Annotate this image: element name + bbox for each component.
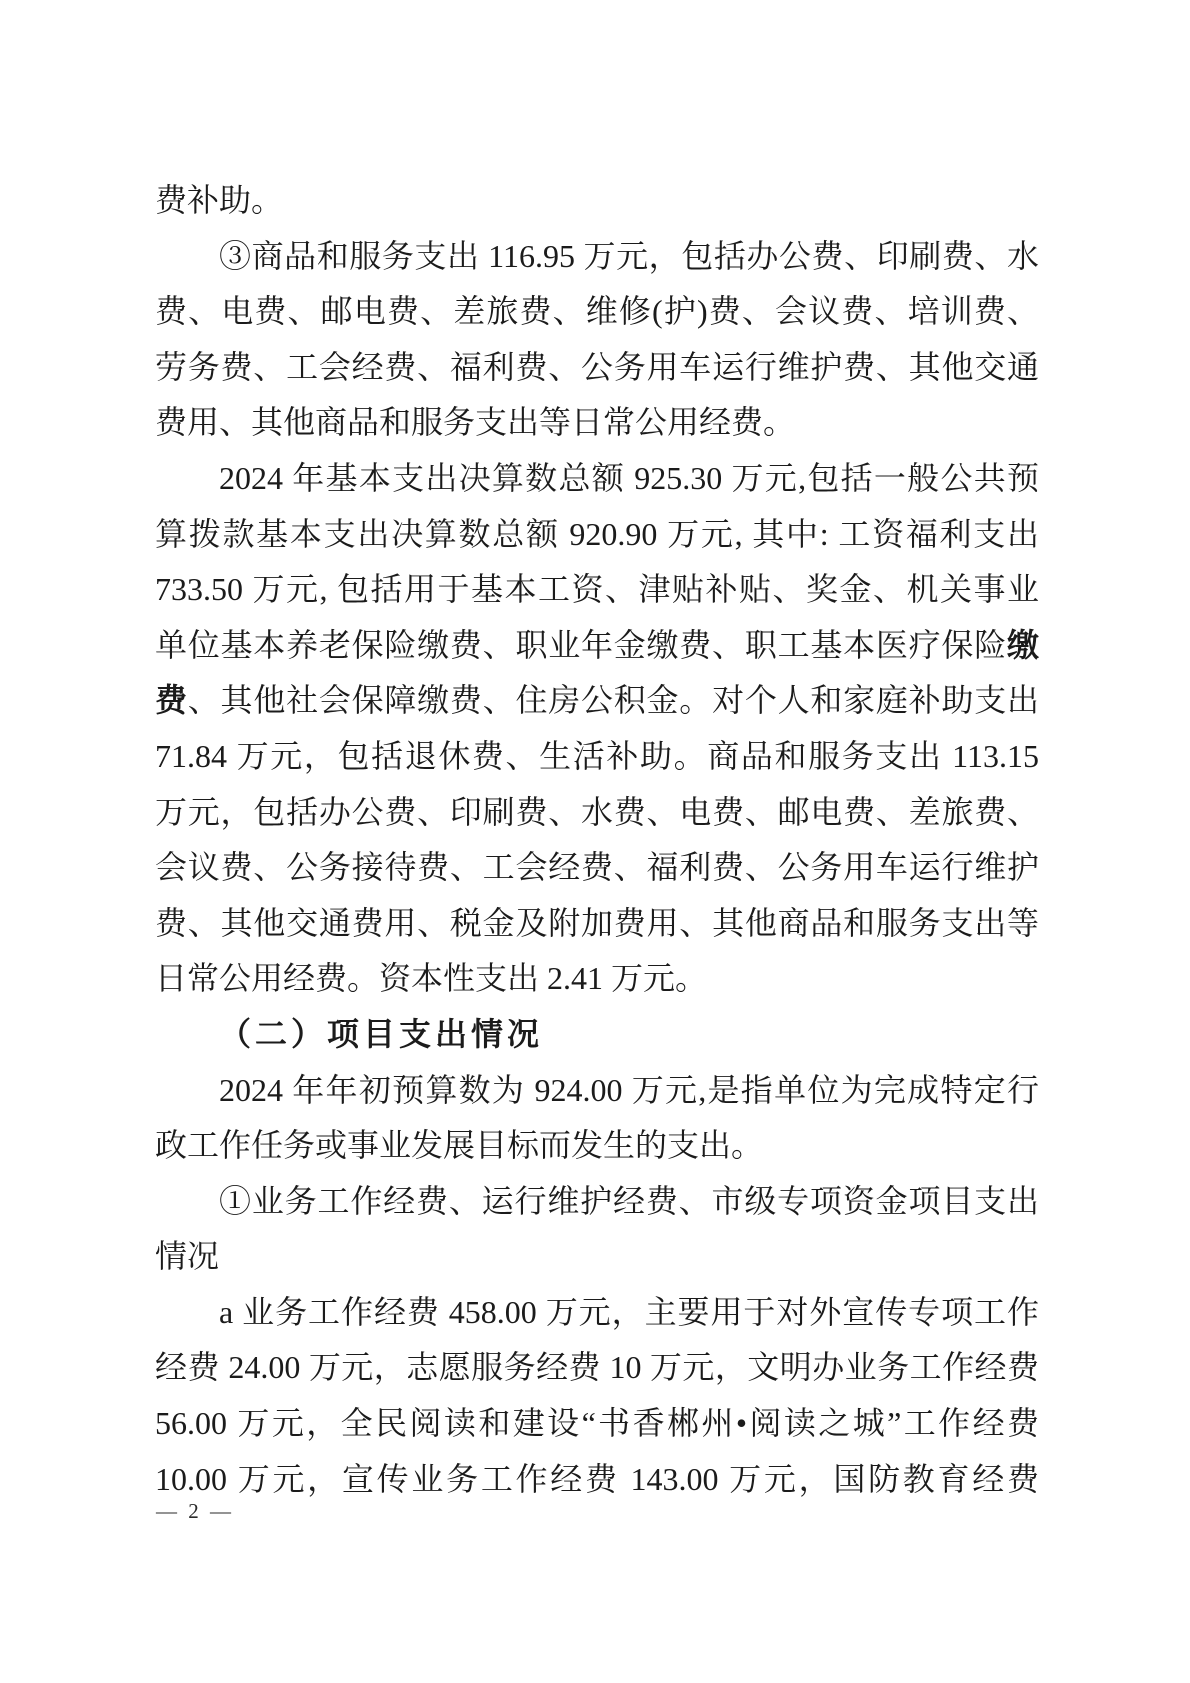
text-line: 2024 年年初预算数为 924.00 万元,是指单位为完成特定行 xyxy=(155,1063,1039,1119)
bold-text-segment: 费 xyxy=(155,682,188,718)
text-segment: 算拨款基本支出决算数总额 920.90 万元, 其中: 工资福利支出 xyxy=(155,516,1039,552)
text-segment: 费、电费、邮电费、差旅费、维修(护)费、会议费、培训费、 xyxy=(155,293,1039,329)
text-line: 万元，包括办公费、印刷费、水费、电费、邮电费、差旅费、 xyxy=(155,785,1039,841)
text-line: ①业务工作经费、运行维护经费、市级专项资金项目支出 xyxy=(155,1174,1039,1230)
text-line: 71.84 万元，包括退休费、生活补助。商品和服务支出 113.15 xyxy=(155,729,1039,785)
text-segment: a 业务工作经费 458.00 万元，主要用于对外宣传专项工作 xyxy=(219,1294,1039,1330)
text-line: 劳务费、工会经费、福利费、公务用车运行维护费、其他交通 xyxy=(155,340,1039,396)
text-line: 56.00 万元，全民阅读和建设“书香郴州•阅读之城”工作经费 xyxy=(155,1396,1039,1452)
text-line: 费补助。 xyxy=(155,173,1039,229)
text-line: 算拨款基本支出决算数总额 920.90 万元, 其中: 工资福利支出 xyxy=(155,507,1039,563)
text-segment: 单位基本养老保险缴费、职业年金缴费、职工基本医疗保险 xyxy=(155,627,1007,663)
bold-text-segment: 缴 xyxy=(1007,627,1039,663)
text-line: a 业务工作经费 458.00 万元，主要用于对外宣传专项工作 xyxy=(155,1285,1039,1341)
text-line: 费、其他交通费用、税金及附加费用、其他商品和服务支出等 xyxy=(155,896,1039,952)
text-segment: 733.50 万元, 包括用于基本工资、津贴补贴、奖金、机关事业 xyxy=(155,571,1039,607)
text-segment: 10.00 万元，宣传业务工作经费 143.00 万元，国防教育经费 xyxy=(155,1461,1039,1497)
document-body: 费补助。③商品和服务支出 116.95 万元，包括办公费、印刷费、水费、电费、邮… xyxy=(155,173,1039,1507)
text-segment: 、其他社会保障缴费、住房公积金。对个人和家庭补助支出 xyxy=(188,682,1039,718)
document-page: 费补助。③商品和服务支出 116.95 万元，包括办公费、印刷费、水费、电费、邮… xyxy=(0,0,1190,1683)
text-segment: 劳务费、工会经费、福利费、公务用车运行维护费、其他交通 xyxy=(155,349,1039,385)
text-segment: 费、其他交通费用、税金及附加费用、其他商品和服务支出等 xyxy=(155,905,1039,941)
text-line: 单位基本养老保险缴费、职业年金缴费、职工基本医疗保险缴 xyxy=(155,618,1039,674)
text-segment: ①业务工作经费、运行维护经费、市级专项资金项目支出 xyxy=(219,1183,1039,1219)
text-segment: 2024 年年初预算数为 924.00 万元,是指单位为完成特定行 xyxy=(219,1072,1039,1108)
text-segment: 费用、其他商品和服务支出等日常公用经费。 xyxy=(155,404,795,440)
text-line: 会议费、公务接待费、工会经费、福利费、公务用车运行维护 xyxy=(155,840,1039,896)
text-line: 2024 年基本支出决算数总额 925.30 万元,包括一般公共预 xyxy=(155,451,1039,507)
text-segment: ③商品和服务支出 116.95 万元，包括办公费、印刷费、水 xyxy=(219,238,1039,274)
text-segment: 经费 24.00 万元，志愿服务经费 10 万元，文明办业务工作经费 xyxy=(155,1349,1039,1385)
text-line: 费用、其他商品和服务支出等日常公用经费。 xyxy=(155,395,1039,451)
text-segment: 会议费、公务接待费、工会经费、福利费、公务用车运行维护 xyxy=(155,849,1039,885)
section-heading: （二）项目支出情况 xyxy=(155,1007,1039,1063)
text-segment: 费补助。 xyxy=(155,182,283,218)
text-segment: 政工作任务或事业发展目标而发生的支出。 xyxy=(155,1127,763,1163)
text-line: ③商品和服务支出 116.95 万元，包括办公费、印刷费、水 xyxy=(155,229,1039,285)
text-line: 费、其他社会保障缴费、住房公积金。对个人和家庭补助支出 xyxy=(155,673,1039,729)
text-segment: 万元，包括办公费、印刷费、水费、电费、邮电费、差旅费、 xyxy=(155,794,1039,830)
text-line: 政工作任务或事业发展目标而发生的支出。 xyxy=(155,1118,1039,1174)
text-line: 情况 xyxy=(155,1229,1039,1285)
page-number: — 2 — xyxy=(156,1499,234,1524)
text-line: 10.00 万元，宣传业务工作经费 143.00 万元，国防教育经费 xyxy=(155,1452,1039,1508)
text-line: 费、电费、邮电费、差旅费、维修(护)费、会议费、培训费、 xyxy=(155,284,1039,340)
text-line: 日常公用经费。资本性支出 2.41 万元。 xyxy=(155,951,1039,1007)
text-segment: 56.00 万元，全民阅读和建设“书香郴州•阅读之城”工作经费 xyxy=(155,1405,1039,1441)
text-segment: 71.84 万元，包括退休费、生活补助。商品和服务支出 113.15 xyxy=(155,738,1039,774)
text-segment: 情况 xyxy=(155,1238,219,1274)
bold-text-segment: （二）项目支出情况 xyxy=(219,1016,543,1052)
text-segment: 2024 年基本支出决算数总额 925.30 万元,包括一般公共预 xyxy=(219,460,1039,496)
text-segment: 日常公用经费。资本性支出 2.41 万元。 xyxy=(155,960,707,996)
text-line: 733.50 万元, 包括用于基本工资、津贴补贴、奖金、机关事业 xyxy=(155,562,1039,618)
text-line: 经费 24.00 万元，志愿服务经费 10 万元，文明办业务工作经费 xyxy=(155,1340,1039,1396)
